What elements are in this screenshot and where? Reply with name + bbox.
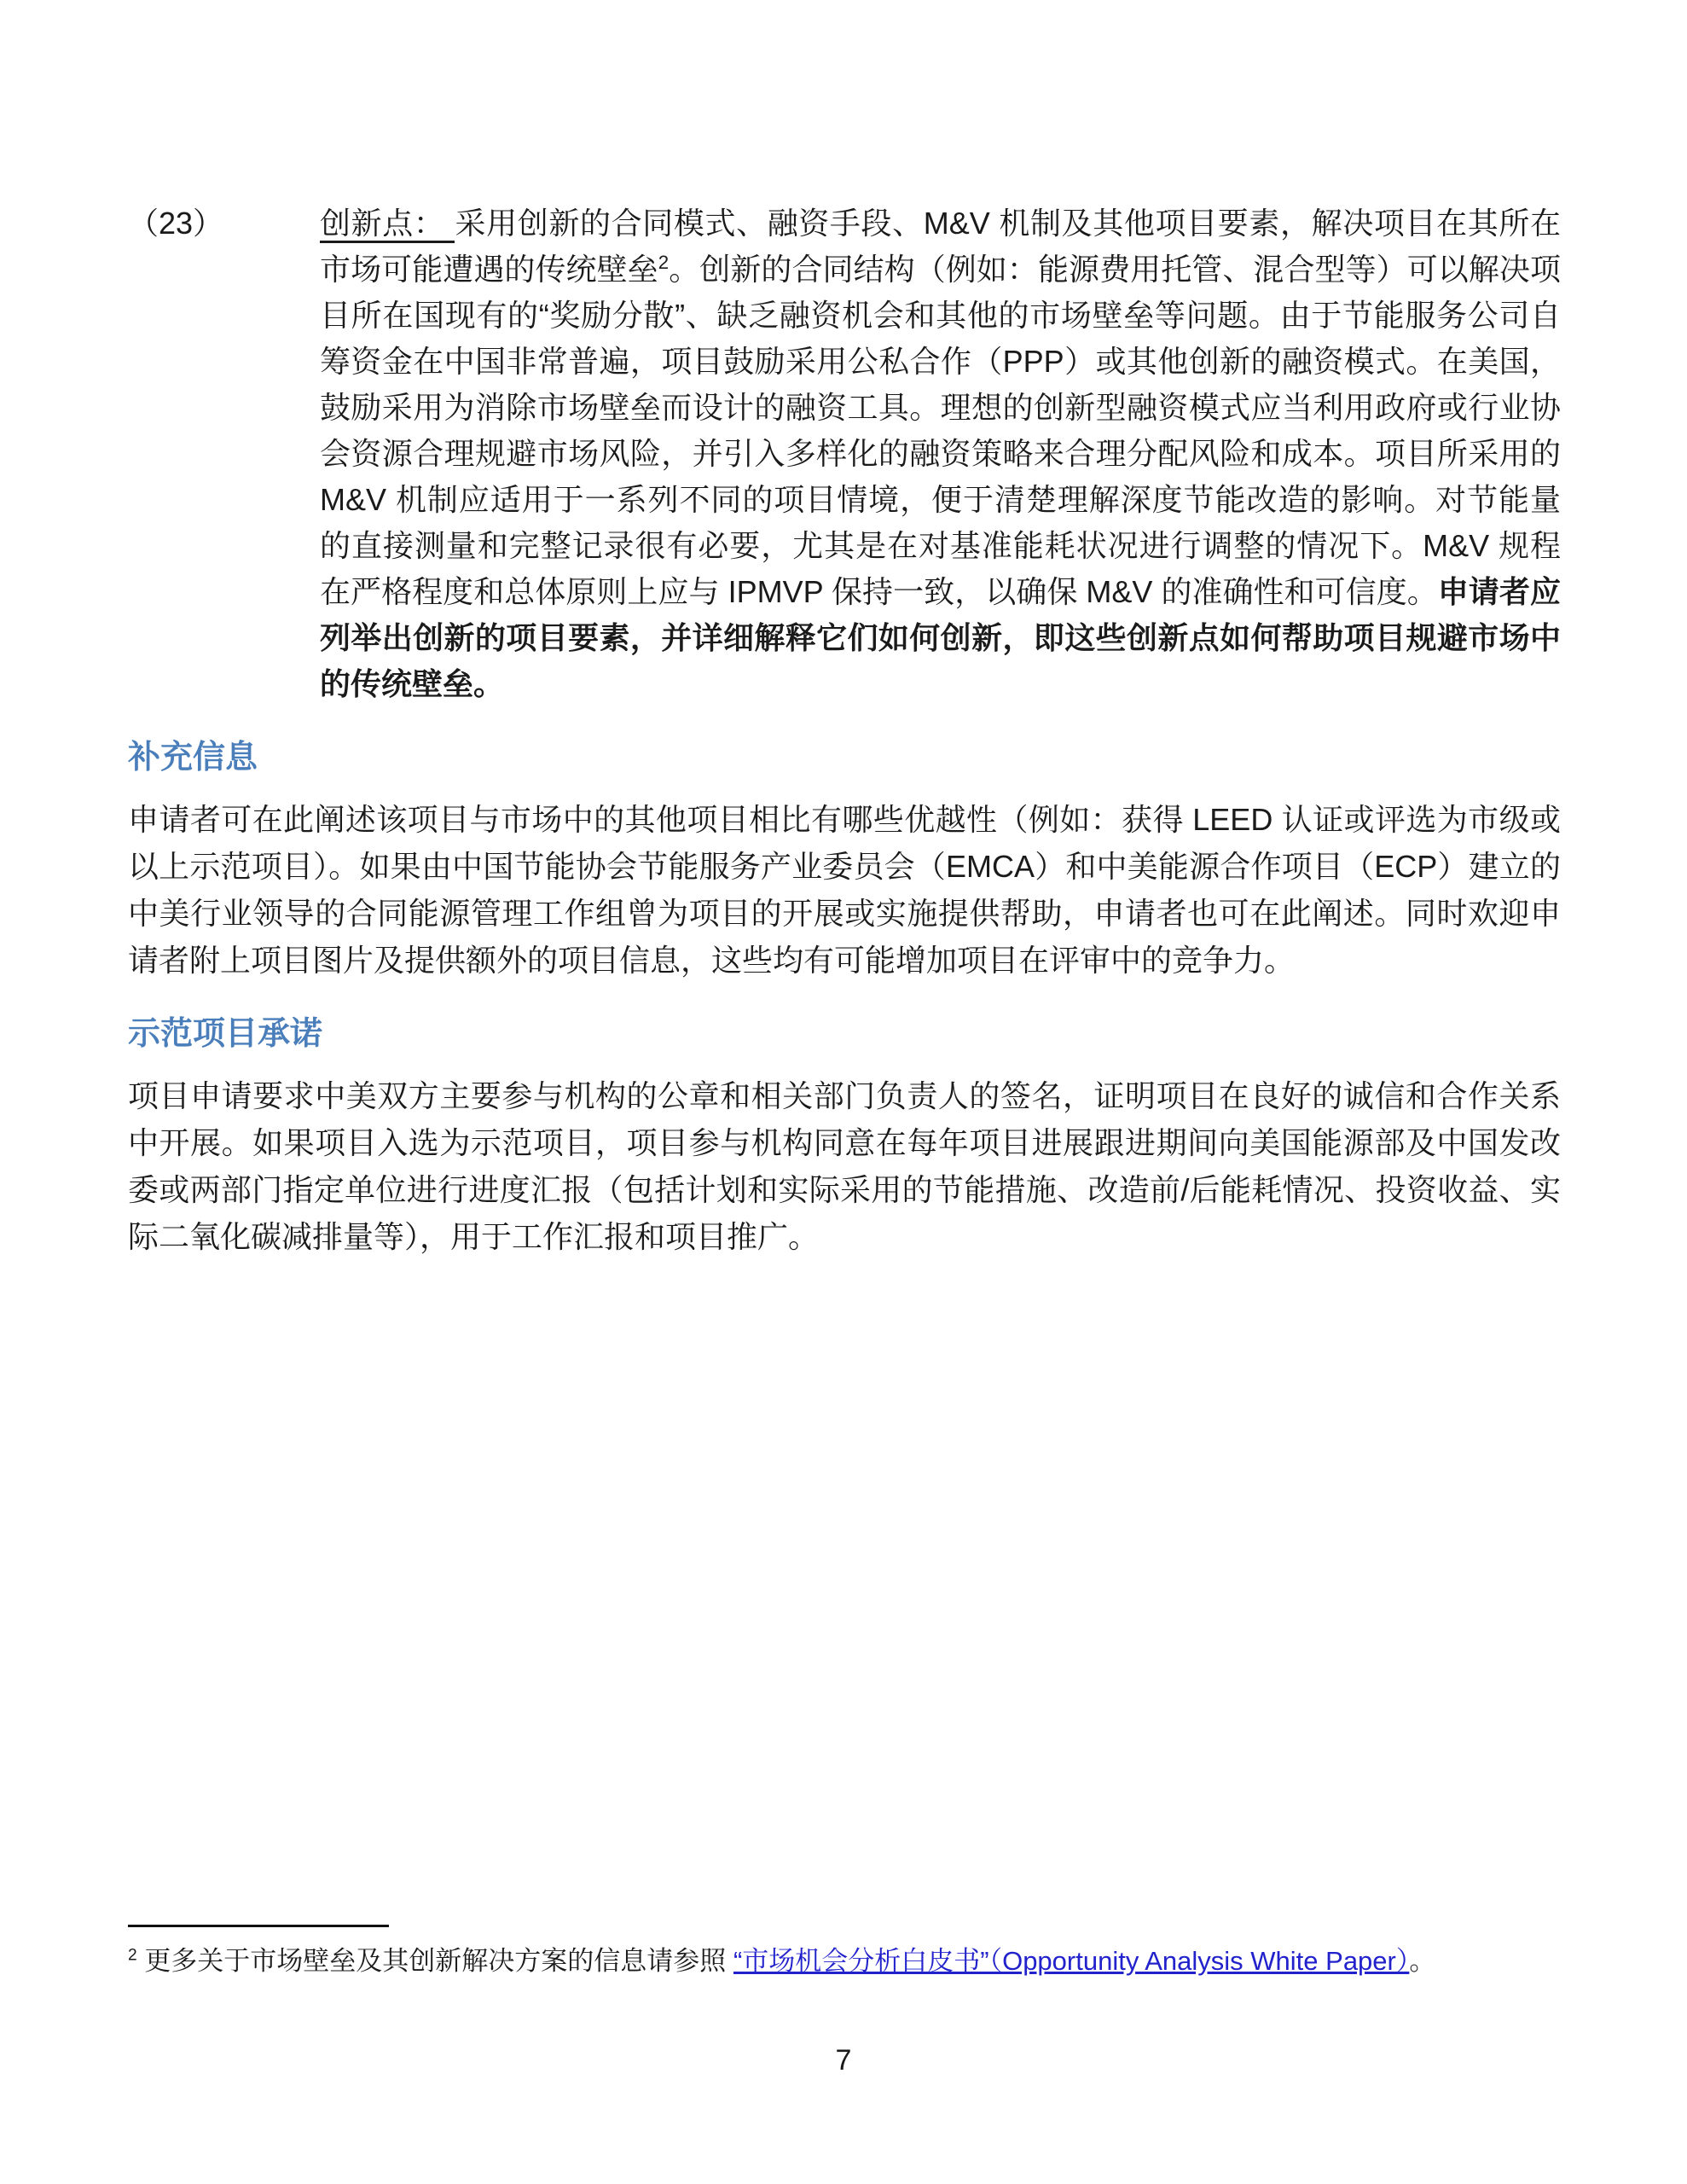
section-body-supplementary-info: 申请者可在此阐述该项目与市场中的其他项目相比有哪些优越性（例如：获得 LEED … bbox=[128, 796, 1561, 984]
list-item-text: 创新点：采用创新的合同模式、融资手段、M&V 机制及其他项目要素，解决项目在其所… bbox=[320, 200, 1561, 707]
list-item-number: （23） bbox=[128, 200, 320, 247]
footnote-reference-superscript: 2 bbox=[658, 252, 669, 273]
page-number: 7 bbox=[0, 2044, 1687, 2077]
footnote-suffix: 。 bbox=[1409, 1946, 1435, 1976]
footnote-separator-rule bbox=[128, 1925, 389, 1927]
footnote-text: 2 更多关于市场壁垒及其创新解决方案的信息请参照 “市场机会分析白皮书”（Opp… bbox=[128, 1943, 1562, 1980]
document-page: （23） 创新点：采用创新的合同模式、融资手段、M&V 机制及其他项目要素，解决… bbox=[0, 0, 1687, 2184]
innovation-lead-underlined: 创新点： bbox=[320, 206, 455, 243]
footnote-body: 更多关于市场壁垒及其创新解决方案的信息请参照 bbox=[144, 1946, 726, 1976]
footnote-area: 2 更多关于市场壁垒及其创新解决方案的信息请参照 “市场机会分析白皮书”（Opp… bbox=[128, 1925, 1562, 1980]
list-item-body-2: 。创新的合同结构（例如：能源费用托管、混合型等）可以解决项目所在国现有的“奖励分… bbox=[320, 252, 1561, 609]
footnote-hyperlink[interactable]: “市场机会分析白皮书”（Opportunity Analysis White P… bbox=[733, 1946, 1409, 1976]
footnote-marker: 2 bbox=[128, 1947, 137, 1965]
section-heading-demo-project-commitment: 示范项目承诺 bbox=[128, 1013, 1561, 1055]
list-item-23: （23） 创新点：采用创新的合同模式、融资手段、M&V 机制及其他项目要素，解决… bbox=[128, 200, 1561, 707]
section-heading-supplementary-info: 补充信息 bbox=[128, 736, 1561, 779]
section-body-demo-project-commitment: 项目申请要求中美双方主要参与机构的公章和相关部门负责人的签名，证明项目在良好的诚… bbox=[128, 1072, 1561, 1260]
